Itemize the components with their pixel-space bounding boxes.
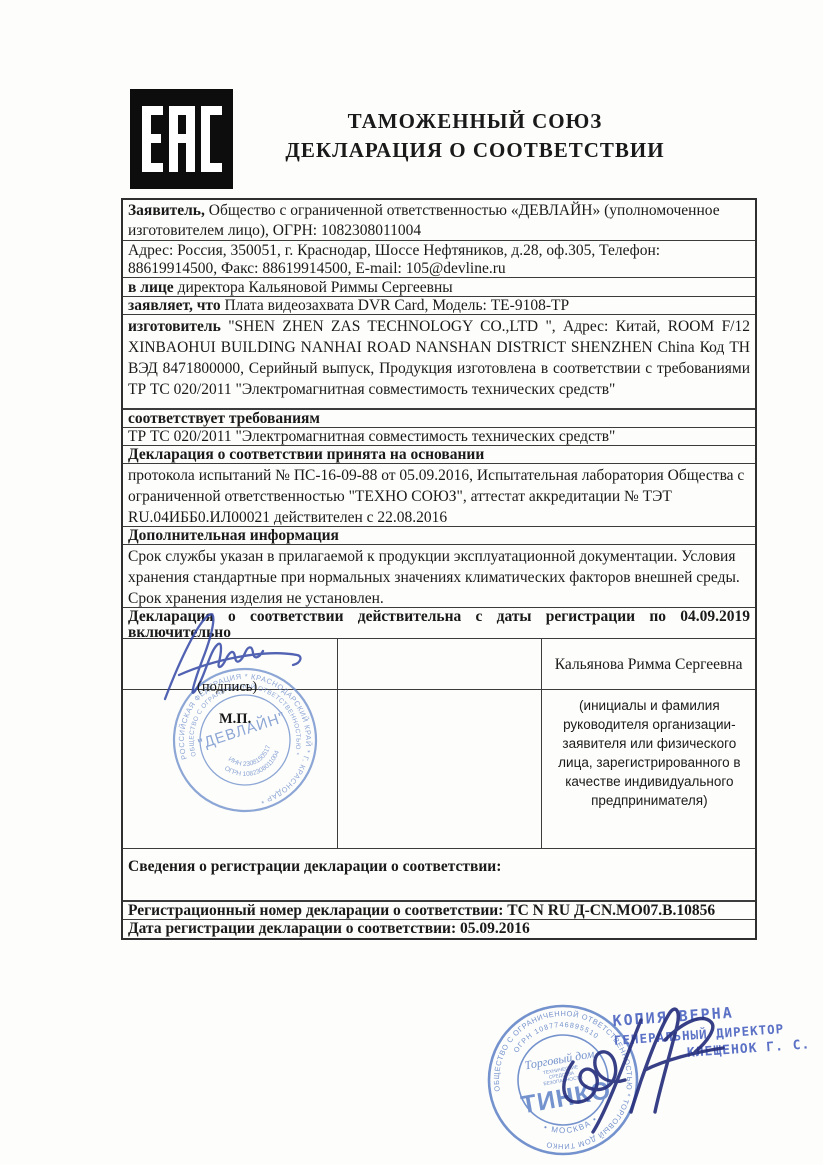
declares-label: заявляет, что xyxy=(128,297,221,314)
applicant-label: Заявитель, xyxy=(128,202,205,219)
reg-number-value: ТС N RU Д-CN.МО07.В.10856 xyxy=(503,902,715,919)
svg-text:ОГРН 1082308011004: ОГРН 1082308011004 xyxy=(222,748,286,786)
head-name: Кальянова Римма Сергеевна xyxy=(542,656,755,674)
row-address: Адрес: Россия, 350051, г. Краснодар, Шос… xyxy=(123,241,755,278)
head-caption: (инициалы и фамилия руководителя организ… xyxy=(549,696,749,810)
row-person: в лице директора Кальяновой Риммы Сергее… xyxy=(123,278,755,297)
eac-logo-icon xyxy=(130,89,233,189)
reg-date-value: 05.09.2016 xyxy=(456,920,530,937)
reg-number-label: Регистрационный номер декларации о соотв… xyxy=(128,902,503,919)
document-title: ТАМОЖЕННЫЙ СОЮЗ ДЕКЛАРАЦИЯ О СООТВЕТСТВИ… xyxy=(270,107,680,165)
podpis-label: (подпись) xyxy=(197,679,257,696)
manufacturer-value: "SHEN ZHEN ZAS TECHNOLOGY CO.,LTD ", Адр… xyxy=(128,318,750,398)
row-addinfo-heading: Дополнительная информация xyxy=(123,527,755,545)
row-manufacturer: изготовитель "SHEN ZHEN ZAS TECHNOLOGY C… xyxy=(123,315,755,410)
row-applicant: Заявитель, Общество с ограниченной ответ… xyxy=(123,200,755,241)
applicant-signature xyxy=(145,599,315,714)
row-declares: заявляет, что Плата видеозахвата DVR Car… xyxy=(123,297,755,315)
title-line-2: ДЕКЛАРАЦИЯ О СООТВЕТСТВИИ xyxy=(270,136,680,165)
signature-row: РОССИЙСКАЯ ФЕДЕРАЦИЯ * КРАСНОДАРСКИЙ КРА… xyxy=(123,639,755,849)
declaration-table: Заявитель, Общество с ограниченной ответ… xyxy=(121,198,757,940)
person-value: директора Кальяновой Риммы Сергеевны xyxy=(174,279,453,296)
row-complies-value: ТР ТС 020/2011 "Электромагнитная совмест… xyxy=(123,428,755,446)
person-label: в лице xyxy=(128,279,174,296)
row-registration-heading: Сведения о регистрации декларации о соот… xyxy=(123,849,755,902)
applicant-value: Общество с ограниченной ответственностью… xyxy=(128,202,720,239)
head-name-cell: Кальянова Римма Сергеевна (инициалы и фа… xyxy=(542,639,755,848)
row-complies-heading: соответствует требованиям xyxy=(123,410,755,428)
address-value: Адрес: Россия, 350051, г. Краснодар, Шос… xyxy=(128,242,660,277)
row-registration-date: Дата регистрации декларации о соответств… xyxy=(123,920,755,938)
declaration-document: ТАМОЖЕННЫЙ СОЮЗ ДЕКЛАРАЦИЯ О СООТВЕТСТВИ… xyxy=(0,0,823,1165)
title-line-1: ТАМОЖЕННЫЙ СОЮЗ xyxy=(270,107,680,136)
declares-value: Плата видеозахвата DVR Card, Модель: ТЕ-… xyxy=(221,297,569,314)
signature-cell: РОССИЙСКАЯ ФЕДЕРАЦИЯ * КРАСНОДАРСКИЙ КРА… xyxy=(123,639,338,848)
reg-date-label: Дата регистрации декларации о соответств… xyxy=(128,920,456,937)
row-basis-value: протокола испытаний № ПС-16-09-88 от 05.… xyxy=(123,464,755,527)
row-registration-number: Регистрационный номер декларации о соотв… xyxy=(123,902,755,920)
mp-label: М.П. xyxy=(219,711,251,728)
signature-middle-cell xyxy=(338,639,543,848)
devline-stamp-ogrn: ОГРН 1082308011004 xyxy=(222,748,286,786)
row-basis-heading: Декларация о соответствии принята на осн… xyxy=(123,446,755,464)
manufacturer-label: изготовитель xyxy=(128,318,221,335)
director-signature xyxy=(545,1000,775,1140)
